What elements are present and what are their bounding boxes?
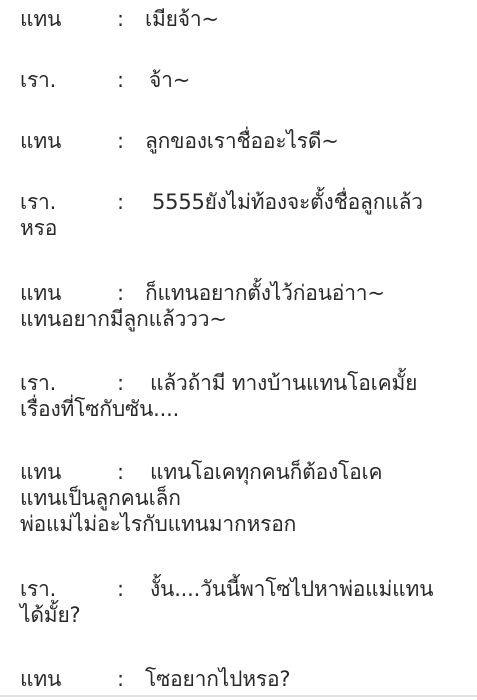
message-text: จ้า~ [149, 67, 190, 93]
message-entry: เรา. : แล้วถ้ามี ทางบ้านแทนโอเคมั้ย เรื่… [20, 370, 460, 422]
message-text: แทนโอเคทุกคนก็ต้องโอเค [150, 459, 382, 485]
message-continuation: แทนเป็นลูกคนเล็ก [20, 485, 460, 511]
message-continuation: ได้มั้ย? [20, 602, 460, 628]
separator-colon: : [117, 280, 124, 306]
message-text: งั้น....วันนี้พาโซไปหาพ่อแม่แทน [150, 576, 433, 602]
message-entry: แทน : ลูกของเราชื่ออะไรดี~ [20, 128, 460, 154]
message-continuation: หรอ [20, 215, 460, 241]
speaker-name: เรา. [20, 189, 56, 215]
speaker-name: เรา. [20, 67, 56, 93]
message-continuation: พ่อแม่ไม่อะไรกับแทนมากหรอก [20, 511, 460, 537]
message-entry: เรา. : งั้น....วันนี้พาโซไปหาพ่อแม่แทน ไ… [20, 576, 460, 628]
separator-colon: : [117, 128, 124, 154]
separator-colon: : [117, 370, 124, 396]
speaker-name: แทน [20, 128, 61, 154]
speaker-name: แทน [20, 6, 61, 32]
message-entry: แทน : แทนโอเคทุกคนก็ต้องโอเค แทนเป็นลูกค… [20, 459, 460, 537]
speaker-name: แทน [20, 666, 61, 692]
message-entry: แทน : โซอยากไปหรอ? [20, 666, 460, 692]
separator-colon: : [117, 6, 124, 32]
bottom-divider [0, 695, 477, 697]
speaker-name: เรา. [20, 370, 56, 396]
message-text: เมียจ้า~ [145, 6, 219, 32]
message-text: โซอยากไปหรอ? [145, 666, 290, 692]
message-continuation: แทนอยากมีลูกแล้ววว~ [20, 306, 460, 332]
message-entry: แทน : เมียจ้า~ [20, 6, 460, 32]
speaker-name: แทน [20, 280, 61, 306]
message-text: แล้วถ้ามี ทางบ้านแทนโอเคมั้ย [150, 370, 417, 396]
separator-colon: : [117, 189, 124, 215]
message-entry: เรา. : จ้า~ [20, 67, 460, 93]
separator-colon: : [117, 666, 124, 692]
message-entry: เรา. : 5555ยังไม่ท้องจะตั้งชื่อลูกแล้ว ห… [20, 189, 460, 241]
message-text: ก็แทนอยากตั้งไว้ก่อนอ่าา~ [145, 280, 385, 306]
separator-colon: : [117, 576, 124, 602]
message-text: 5555ยังไม่ท้องจะตั้งชื่อลูกแล้ว [152, 189, 423, 215]
speaker-name: เรา. [20, 576, 56, 602]
message-entry: แทน : ก็แทนอยากตั้งไว้ก่อนอ่าา~ แทนอยากม… [20, 280, 460, 332]
message-continuation: เรื่องที่โซกับซัน.... [20, 396, 460, 422]
separator-colon: : [117, 459, 124, 485]
separator-colon: : [117, 67, 124, 93]
message-text: ลูกของเราชื่ออะไรดี~ [145, 128, 339, 154]
speaker-name: แทน [20, 459, 61, 485]
